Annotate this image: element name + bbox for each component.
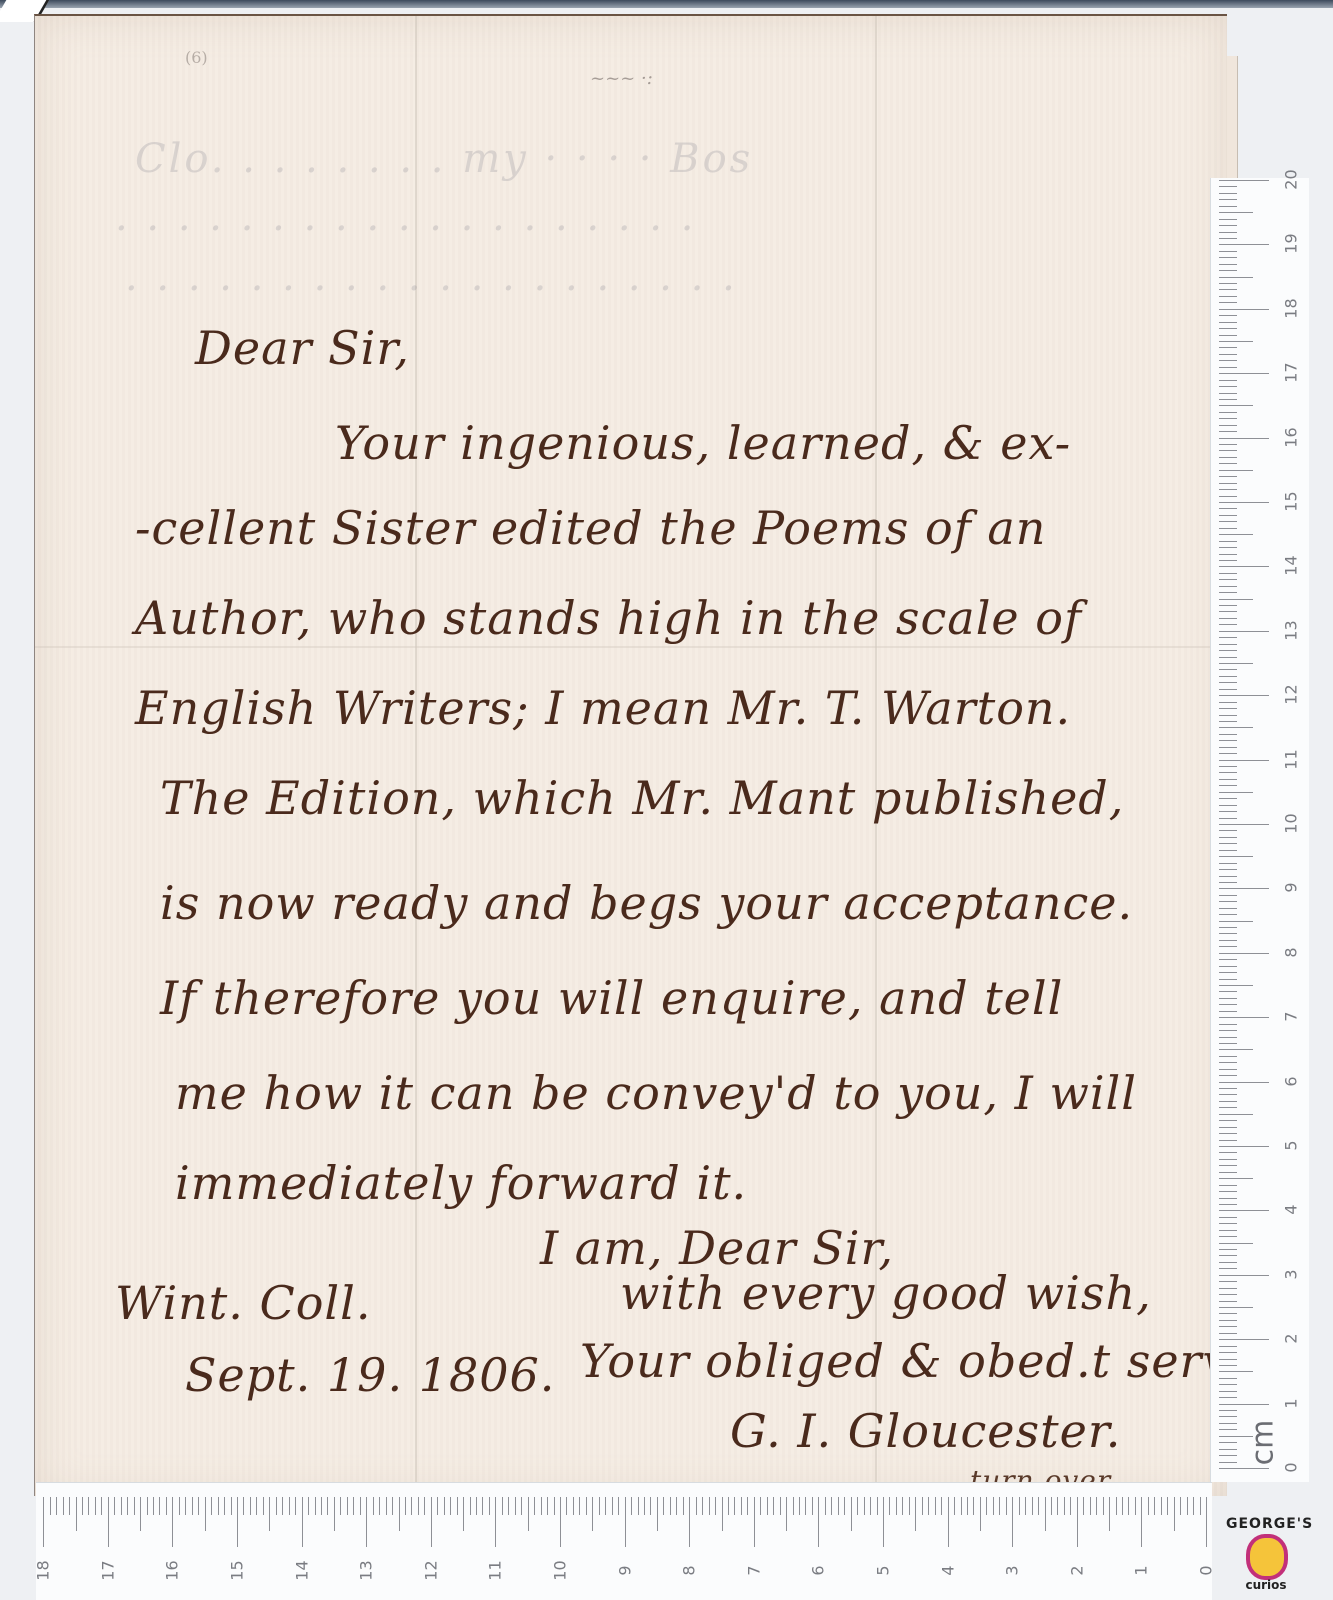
ruler-tick — [166, 1497, 167, 1515]
bleed-through-text: Clo. . . . . . . . my · · · · Bos — [135, 136, 753, 182]
ruler-tick — [1219, 541, 1237, 542]
ruler-tick — [1219, 1275, 1269, 1276]
ruler-tick — [1219, 1088, 1237, 1089]
ruler-tick — [179, 1497, 180, 1515]
ruler-tick — [631, 1497, 632, 1515]
ruler-tick — [237, 1497, 238, 1547]
ruler-tick — [1180, 1497, 1181, 1515]
ruler-tick — [1219, 302, 1237, 303]
ruler-tick — [1135, 1497, 1136, 1515]
ruler-number: 9 — [1282, 876, 1301, 900]
ruler-tick — [818, 1497, 819, 1547]
ruler-tick — [134, 1497, 135, 1515]
ruler-tick — [1219, 270, 1237, 271]
ruler-tick — [1032, 1497, 1033, 1515]
ruler-tick — [1200, 1497, 1201, 1515]
body-line: me how it can be convey'd to you, I will — [175, 1066, 1137, 1120]
ruler-tick — [444, 1497, 445, 1515]
ruler-tick — [1219, 1326, 1237, 1327]
ruler-tick — [941, 1497, 942, 1515]
ruler-tick — [1219, 708, 1237, 709]
ruler-tick — [799, 1497, 800, 1515]
ruler-tick — [1219, 811, 1237, 812]
ruler-tick — [560, 1497, 561, 1547]
ruler-number: 18 — [34, 1559, 53, 1583]
ruler-tick — [521, 1497, 522, 1515]
ruler-tick — [1219, 1017, 1269, 1018]
ruler-tick — [1219, 1455, 1237, 1456]
ruler-tick — [502, 1497, 503, 1515]
ruler-tick — [993, 1497, 994, 1515]
ruler-tick — [1219, 747, 1237, 748]
ruler-tick — [1219, 727, 1253, 728]
ruler-tick — [1141, 1497, 1142, 1547]
ruler-tick — [689, 1497, 690, 1547]
ruler-number: 20 — [1282, 168, 1301, 192]
ruler-tick — [1219, 785, 1237, 786]
ruler-tick — [1219, 289, 1237, 290]
ruler-tick — [1219, 772, 1237, 773]
ruler-tick — [1219, 805, 1237, 806]
ruler-tick — [1219, 1172, 1237, 1173]
ruler-tick — [1206, 1497, 1207, 1547]
ruler-tick — [915, 1497, 916, 1531]
ruler-number: 18 — [1282, 296, 1301, 320]
ruler-tick — [147, 1497, 148, 1515]
ruler-tick — [1219, 869, 1237, 870]
ruler-tick — [1219, 644, 1237, 645]
ruler-tick — [702, 1497, 703, 1515]
ruler-tick — [541, 1497, 542, 1515]
ruler-number: 3 — [1003, 1559, 1022, 1583]
ruler-tick — [437, 1497, 438, 1515]
ruler-tick — [683, 1497, 684, 1515]
ruler-tick — [1219, 998, 1237, 999]
ruler-tick — [1219, 1133, 1237, 1134]
ruler-tick — [1219, 1243, 1253, 1244]
ruler-tick — [1219, 953, 1269, 954]
ruler-tick — [1219, 1094, 1237, 1095]
ruler-tick — [1161, 1497, 1162, 1515]
ruler-number: 6 — [809, 1559, 828, 1583]
body-line: The Edition, which Mr. Mant published, — [160, 771, 1124, 825]
ruler-tick — [366, 1497, 367, 1547]
ruler-tick — [1219, 624, 1237, 625]
ruler-tick — [1219, 412, 1237, 413]
ruler-tick — [1219, 1030, 1237, 1031]
ruler-tick — [1219, 760, 1269, 761]
ruler-tick — [289, 1497, 290, 1515]
ruler-tick — [1219, 1140, 1237, 1141]
ruler-tick — [948, 1497, 949, 1547]
ruler-tick — [1219, 1049, 1253, 1050]
ruler-tick — [1045, 1497, 1046, 1531]
ruler-tick — [1219, 1230, 1237, 1231]
ruler-tick — [650, 1497, 651, 1515]
ruler-tick — [670, 1497, 671, 1515]
ruler-tick — [1019, 1497, 1020, 1515]
ruler-tick — [1219, 1404, 1269, 1405]
ruler-tick — [961, 1497, 962, 1515]
ruler-number: 7 — [1282, 1005, 1301, 1029]
ruler-tick — [1219, 277, 1253, 278]
ruler-tick — [1006, 1497, 1007, 1515]
ruler-tick — [1219, 908, 1237, 909]
ruler-tick — [1219, 766, 1237, 767]
ruler-tick — [1219, 946, 1237, 947]
bleed-through-text: · · · · · · · · · · · · · · · · · · · — [115, 206, 696, 252]
ruler-tick — [76, 1497, 77, 1531]
ruler-tick — [1219, 1359, 1237, 1360]
ruler-number: 13 — [1282, 618, 1301, 642]
ruler-tick — [618, 1497, 619, 1515]
ruler-tick — [986, 1497, 987, 1515]
ruler-tick — [1219, 528, 1237, 529]
ruler-tick — [1219, 180, 1269, 181]
ruler-tick — [1187, 1497, 1188, 1515]
ruler-tick — [95, 1497, 96, 1515]
ruler-tick — [1219, 592, 1237, 593]
ruler-tick — [1219, 502, 1269, 503]
faint-stamp: ~~~ ·: — [590, 68, 653, 89]
ruler-tick — [1219, 1024, 1237, 1025]
ruler-tick — [218, 1497, 219, 1515]
ruler-tick — [1154, 1497, 1155, 1515]
ruler-number: 8 — [680, 1559, 699, 1583]
ruler-number: 4 — [938, 1559, 957, 1583]
logo-face-icon — [1246, 1534, 1288, 1580]
ruler-number: 6 — [1282, 1069, 1301, 1093]
ruler-tick — [760, 1497, 761, 1515]
ruler-tick — [805, 1497, 806, 1515]
closing-line: with every good wish, — [620, 1266, 1152, 1320]
ruler-tick — [1219, 534, 1253, 535]
ruler-tick — [1148, 1497, 1149, 1515]
ruler-tick — [1219, 702, 1237, 703]
scanner-edge — [0, 0, 1333, 8]
ruler-tick — [889, 1497, 890, 1515]
ruler-tick — [1219, 457, 1237, 458]
ruler-number: 10 — [1282, 812, 1301, 836]
ruler-tick — [1219, 212, 1253, 213]
ruler-tick — [625, 1497, 626, 1547]
logo-bottom-text: curios — [1226, 1578, 1306, 1592]
ruler-tick — [482, 1497, 483, 1515]
ruler-tick — [696, 1497, 697, 1515]
ruler-tick — [1219, 354, 1237, 355]
ruler-tick — [851, 1497, 852, 1531]
ruler-tick — [1219, 1397, 1237, 1398]
ruler-tick — [1219, 1391, 1237, 1392]
ruler-tick — [1219, 347, 1237, 348]
ruler-tick — [82, 1497, 83, 1515]
ruler-tick — [1219, 824, 1269, 825]
ruler-tick — [793, 1497, 794, 1515]
ruler-tick — [1219, 682, 1237, 683]
ruler-tick — [88, 1497, 89, 1515]
horizontal-ruler: 0123456789101112131415161718 — [36, 1482, 1212, 1600]
ruler-number: 5 — [874, 1559, 893, 1583]
ruler-tick — [1219, 579, 1237, 580]
body-line: is now ready and begs your acceptance. — [160, 876, 1133, 930]
ruler-tick — [1219, 818, 1237, 819]
ruler-tick — [1219, 1365, 1237, 1366]
ruler-tick — [43, 1497, 44, 1547]
signature: G. I. Gloucester. — [730, 1404, 1121, 1458]
ruler-number: 10 — [551, 1559, 570, 1583]
ruler-number: 5 — [1282, 1134, 1301, 1158]
ruler-tick — [172, 1497, 173, 1547]
ruler-tick — [198, 1497, 199, 1515]
ruler-tick — [741, 1497, 742, 1515]
ruler-tick — [980, 1497, 981, 1531]
body-line: immediately forward it. — [175, 1156, 747, 1210]
bleed-through-text: · · · · · · · · · · · · · · · · · · · · — [125, 266, 738, 312]
ruler-tick — [599, 1497, 600, 1515]
ruler-tick — [1219, 547, 1237, 548]
ruler-number: 14 — [292, 1559, 311, 1583]
ruler-number: 3 — [1282, 1262, 1301, 1286]
ruler-tick — [334, 1497, 335, 1531]
ruler-tick — [1219, 914, 1237, 915]
ruler-unit-label: cm — [1245, 1420, 1280, 1466]
ruler-tick — [140, 1497, 141, 1531]
letter-paper: (6) ~~~ ·: Clo. . . . . . . . my · · · ·… — [34, 14, 1227, 1496]
ruler-tick — [1219, 206, 1237, 207]
ruler-tick — [1219, 244, 1269, 245]
ruler-tick — [321, 1497, 322, 1515]
ruler-tick — [1219, 876, 1237, 877]
ruler-number: 4 — [1282, 1198, 1301, 1222]
ruler-tick — [1219, 386, 1237, 387]
ruler-tick — [1219, 1442, 1237, 1443]
ruler-tick — [1219, 1198, 1237, 1199]
ruler-tick — [1219, 637, 1237, 638]
ruler-tick — [424, 1497, 425, 1515]
ruler-tick — [1219, 251, 1237, 252]
ruler-tick — [1219, 586, 1237, 587]
ruler-number: 16 — [163, 1559, 182, 1583]
ruler-tick — [1219, 1313, 1237, 1314]
ruler-tick — [1219, 1423, 1237, 1424]
ruler-tick — [1219, 560, 1237, 561]
ruler-tick — [476, 1497, 477, 1515]
ruler-tick — [1167, 1497, 1168, 1515]
ruler-tick — [127, 1497, 128, 1515]
ruler-tick — [1219, 309, 1269, 310]
ruler-tick — [1219, 1069, 1237, 1070]
ruler-tick — [1219, 985, 1253, 986]
ruler-tick — [114, 1497, 115, 1515]
ruler-tick — [767, 1497, 768, 1515]
ruler-tick — [1012, 1497, 1013, 1547]
ruler-tick — [1219, 792, 1253, 793]
ruler-tick — [1219, 1371, 1253, 1372]
ruler-tick — [1219, 966, 1237, 967]
ruler-tick — [56, 1497, 57, 1515]
ruler-tick — [205, 1497, 206, 1531]
ruler-tick — [1219, 1185, 1237, 1186]
ruler-tick — [1219, 1127, 1237, 1128]
ruler-tick — [515, 1497, 516, 1515]
ruler-tick — [528, 1497, 529, 1531]
body-line: Author, who stands high in the scale of — [135, 591, 1082, 645]
ruler-tick — [121, 1497, 122, 1515]
ruler-tick — [1219, 663, 1253, 664]
ruler-tick — [1064, 1497, 1065, 1515]
ruler-tick — [592, 1497, 593, 1531]
ruler-number: 17 — [1282, 361, 1301, 385]
ruler-tick — [192, 1497, 193, 1515]
ruler-tick — [1219, 554, 1237, 555]
ruler-tick — [1077, 1497, 1078, 1547]
ruler-tick — [844, 1497, 845, 1515]
ruler-tick — [1219, 341, 1253, 342]
ruler-tick — [573, 1497, 574, 1515]
ruler-number: 17 — [98, 1559, 117, 1583]
ruler-tick — [1219, 1288, 1237, 1289]
ruler-tick — [1219, 695, 1269, 696]
ruler-tick — [1219, 927, 1237, 928]
ruler-tick — [579, 1497, 580, 1515]
ruler-tick — [1219, 631, 1269, 632]
ruler-tick — [973, 1497, 974, 1515]
ruler-tick — [1219, 1075, 1237, 1076]
ruler-tick — [644, 1497, 645, 1515]
ruler-tick — [857, 1497, 858, 1515]
ruler-tick — [870, 1497, 871, 1515]
ruler-tick — [1219, 618, 1237, 619]
ruler-tick — [405, 1497, 406, 1515]
ruler-tick — [1219, 1262, 1237, 1263]
ruler-tick — [1096, 1497, 1097, 1515]
ruler-tick — [340, 1497, 341, 1515]
ruler-number: 1 — [1282, 1391, 1301, 1415]
ruler-tick — [954, 1497, 955, 1515]
ruler-number: 15 — [1282, 490, 1301, 514]
ruler-number: 7 — [744, 1559, 763, 1583]
ruler-tick — [1219, 721, 1237, 722]
ruler-tick — [1025, 1497, 1026, 1515]
ruler-tick — [302, 1497, 303, 1547]
ruler-tick — [715, 1497, 716, 1515]
ruler-tick — [883, 1497, 884, 1547]
ruler-tick — [1219, 1223, 1237, 1224]
ruler-number: 8 — [1282, 940, 1301, 964]
ruler-tick — [1219, 283, 1237, 284]
ruler-tick — [1219, 1352, 1237, 1353]
ruler-tick — [1219, 1062, 1237, 1063]
ruler-tick — [1219, 1056, 1237, 1057]
ruler-tick — [153, 1497, 154, 1515]
ruler-tick — [282, 1497, 283, 1515]
vertical-ruler: 01234567891011121314151617181920 — [1210, 178, 1309, 1482]
ruler-tick — [360, 1497, 361, 1515]
ruler-tick — [1219, 1037, 1237, 1038]
ruler-tick — [1219, 856, 1253, 857]
ruler-tick — [1219, 380, 1237, 381]
ruler-tick — [269, 1497, 270, 1531]
ruler-tick — [1219, 264, 1237, 265]
ruler-tick — [1219, 734, 1237, 735]
ruler-number: 12 — [1282, 683, 1301, 707]
ruler-tick — [1219, 1043, 1237, 1044]
ruler-tick — [1219, 335, 1237, 336]
ruler-tick — [1219, 225, 1237, 226]
ruler-tick — [1219, 444, 1237, 445]
ruler-tick — [1219, 689, 1237, 690]
ruler-tick — [1219, 715, 1237, 716]
ruler-tick — [1219, 1429, 1237, 1430]
ruler-tick — [1219, 1346, 1237, 1347]
ruler-tick — [1219, 1004, 1237, 1005]
place-of-writing: Wint. Coll. — [115, 1276, 371, 1330]
ruler-number: 0 — [1282, 1456, 1301, 1480]
ruler-tick — [489, 1497, 490, 1515]
ruler-tick — [728, 1497, 729, 1515]
ruler-tick — [734, 1497, 735, 1515]
ruler-tick — [566, 1497, 567, 1515]
georges-curios-logo: GEORGE'S curios — [1222, 1516, 1306, 1596]
ruler-tick — [896, 1497, 897, 1515]
ruler-tick — [1219, 1107, 1237, 1108]
ruler-tick — [1219, 1339, 1269, 1340]
ruler-tick — [386, 1497, 387, 1515]
ruler-tick — [1122, 1497, 1123, 1515]
ruler-tick — [1219, 740, 1237, 741]
ruler-number: 12 — [421, 1559, 440, 1583]
ruler-tick — [1219, 573, 1237, 574]
ruler-tick — [877, 1497, 878, 1515]
ruler-tick — [1219, 515, 1237, 516]
ruler-tick — [1219, 1268, 1237, 1269]
ruler-tick — [605, 1497, 606, 1515]
ruler-tick — [1219, 1082, 1269, 1083]
ruler-tick — [1219, 1294, 1237, 1295]
page-marker: (6) — [185, 48, 208, 67]
ruler-tick — [1219, 676, 1237, 677]
ruler-tick — [276, 1497, 277, 1515]
ruler-tick — [1219, 219, 1237, 220]
ruler-tick — [431, 1497, 432, 1547]
ruler-tick — [1219, 431, 1237, 432]
ruler-tick — [1057, 1497, 1058, 1515]
ruler-tick — [1219, 650, 1237, 651]
ruler-tick — [786, 1497, 787, 1531]
ruler-tick — [379, 1497, 380, 1515]
ruler-tick — [1219, 425, 1237, 426]
ruler-tick — [909, 1497, 910, 1515]
ruler-tick — [1219, 669, 1237, 670]
ruler-tick — [1219, 1249, 1237, 1250]
ruler-tick — [159, 1497, 160, 1515]
ruler-tick — [1219, 1384, 1237, 1385]
ruler-number: 14 — [1282, 554, 1301, 578]
ruler-tick — [554, 1497, 555, 1515]
ruler-tick — [1219, 1191, 1237, 1192]
ruler-tick — [69, 1497, 70, 1515]
ruler-tick — [1219, 1114, 1253, 1115]
fold-line — [35, 646, 1227, 648]
ruler-tick — [1219, 1301, 1237, 1302]
closing-line: Your obliged & obed.t serv.t — [580, 1334, 1259, 1388]
ruler-tick — [308, 1497, 309, 1515]
ruler-tick — [224, 1497, 225, 1515]
ruler-tick — [1219, 605, 1237, 606]
ruler-tick — [534, 1497, 535, 1515]
ruler-tick — [108, 1497, 109, 1547]
ruler-tick — [327, 1497, 328, 1515]
